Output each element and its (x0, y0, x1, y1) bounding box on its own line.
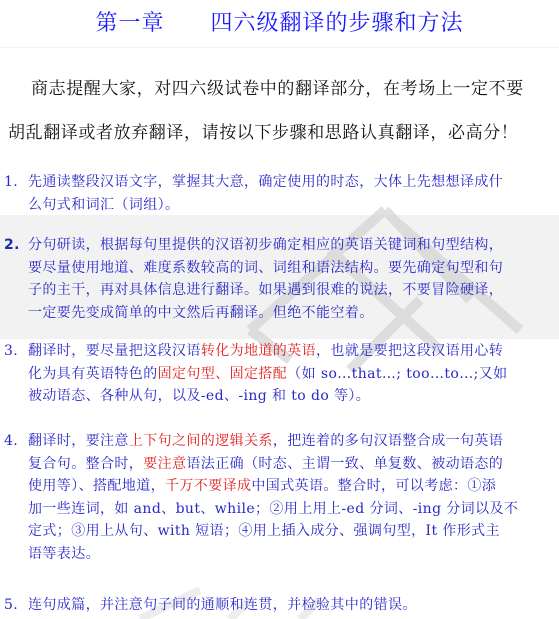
intro-paragraph-line-1: 商志提醒大家，对四六级试卷中的翻译部分，在考场上一定不要 (8, 74, 553, 99)
list-item-text: 要尽量使用地道、难度系数较高的词、词组和语法结构。要先确定句型和句 (28, 257, 557, 280)
list-item-5: 5. 连句成篇，并注意句子间的通顺和连贯，并检验其中的错误。 (4, 594, 557, 617)
list-item-text: 连句成篇，并注意句子间的通顺和连贯，并检验其中的错误。 (28, 594, 557, 617)
list-item-text: 分句研读，根据每句里提供的汉语初步确定相应的英语关键词和句型结构， (28, 234, 557, 257)
list-item-line: 翻译时，要尽量把这段汉语转化为地道的英语，也就是要把这段汉语用心转 (28, 340, 557, 363)
list-item-number: 1. (4, 171, 26, 194)
list-item-1: 1. 先通读整段汉语文字，掌握其大意，确定使用的时态，大体上先想想译成什 么句式… (4, 171, 557, 216)
list-item-text: 么句式和词汇（词组）。 (28, 194, 557, 217)
highlight-text: 转化为地道的英语 (201, 343, 316, 359)
list-item-number: 5. (4, 594, 26, 617)
list-item-line: 翻译时，要注意上下句之间的逻辑关系，把连着的多句汉语整合成一句英语 (28, 430, 557, 453)
list-item-text: 定式；③用上从句、with 短语；④用上插入成分、强调句型，It 作形式主 (28, 520, 557, 543)
page-title: 第一章 四六级翻译的步骤和方法 (0, 6, 559, 37)
text: 化为具有英语特色的 (28, 366, 158, 382)
list-item-line: 使用等）、搭配地道，千万不要译成中国式英语。整合时，可以考虑：①添 (28, 475, 557, 498)
text: ，也就是要把这段汉语用心转 (316, 343, 503, 359)
list-item-text: 语等表达。 (28, 543, 557, 566)
list-item-text: 子的主干，再对具体信息进行翻译。如果遇到很难的说法，不要冒险硬译， (28, 279, 557, 302)
list-item-line: 化为具有英语特色的固定句型、固定搭配（如 so…that…; too…to…;又… (28, 363, 557, 386)
list-item-4: 4. 翻译时，要注意上下句之间的逻辑关系，把连着的多句汉语整合成一句英语 复合句… (4, 430, 557, 565)
intro-paragraph-line-2: 胡乱翻译或者放弃翻译，请按以下步骤和思路认真翻译，必高分！ (8, 118, 553, 143)
highlight-text: 固定句型、固定搭配 (158, 366, 288, 382)
text: （如 so…that…; too…to…;又如 (287, 366, 507, 382)
list-item-2: 2. 分句研读，根据每句里提供的汉语初步确定相应的英语关键词和句型结构， 要尽量… (4, 234, 557, 324)
list-item-text: 被动语态、各种从句，以及-ed、-ing 和 to do 等）。 (28, 385, 557, 408)
list-item-number: 3. (4, 340, 26, 363)
text: 翻译时，要注意 (28, 433, 129, 449)
text: 翻译时，要尽量把这段汉语 (28, 343, 201, 359)
text: 语法正确（时态、主谓一致、单复数、被动语态的 (186, 456, 503, 472)
text: ，把连着的多句汉语整合成一句英语 (273, 433, 503, 449)
list-item-number: 2. (4, 234, 26, 257)
list-item-3: 3. 翻译时，要尽量把这段汉语转化为地道的英语，也就是要把这段汉语用心转 化为具… (4, 340, 557, 408)
text: 中国式英语。整合时，可以考虑：①添 (251, 478, 496, 494)
highlight-text: 要注意 (143, 456, 186, 472)
text: 使用等）、搭配地道， (28, 478, 165, 494)
list-item-line: 复合句。整合时，要注意语法正确（时态、主谓一致、单复数、被动语态的 (28, 453, 557, 476)
text: 复合句。整合时， (28, 456, 143, 472)
list-item-text: 先通读整段汉语文字，掌握其大意，确定使用的时态，大体上先想想译成什 (28, 171, 557, 194)
highlight-text: 上下句之间的逻辑关系 (129, 433, 273, 449)
highlight-text: 千万不要译成 (165, 478, 251, 494)
list-item-text: 加一些连词，如 and、but、while；②用上用上-ed 分词、-ing 分… (28, 498, 557, 521)
list-item-number: 4. (4, 430, 26, 453)
list-item-text: 一定要先变成简单的中文然后再翻译。但绝不能空着。 (28, 302, 557, 325)
